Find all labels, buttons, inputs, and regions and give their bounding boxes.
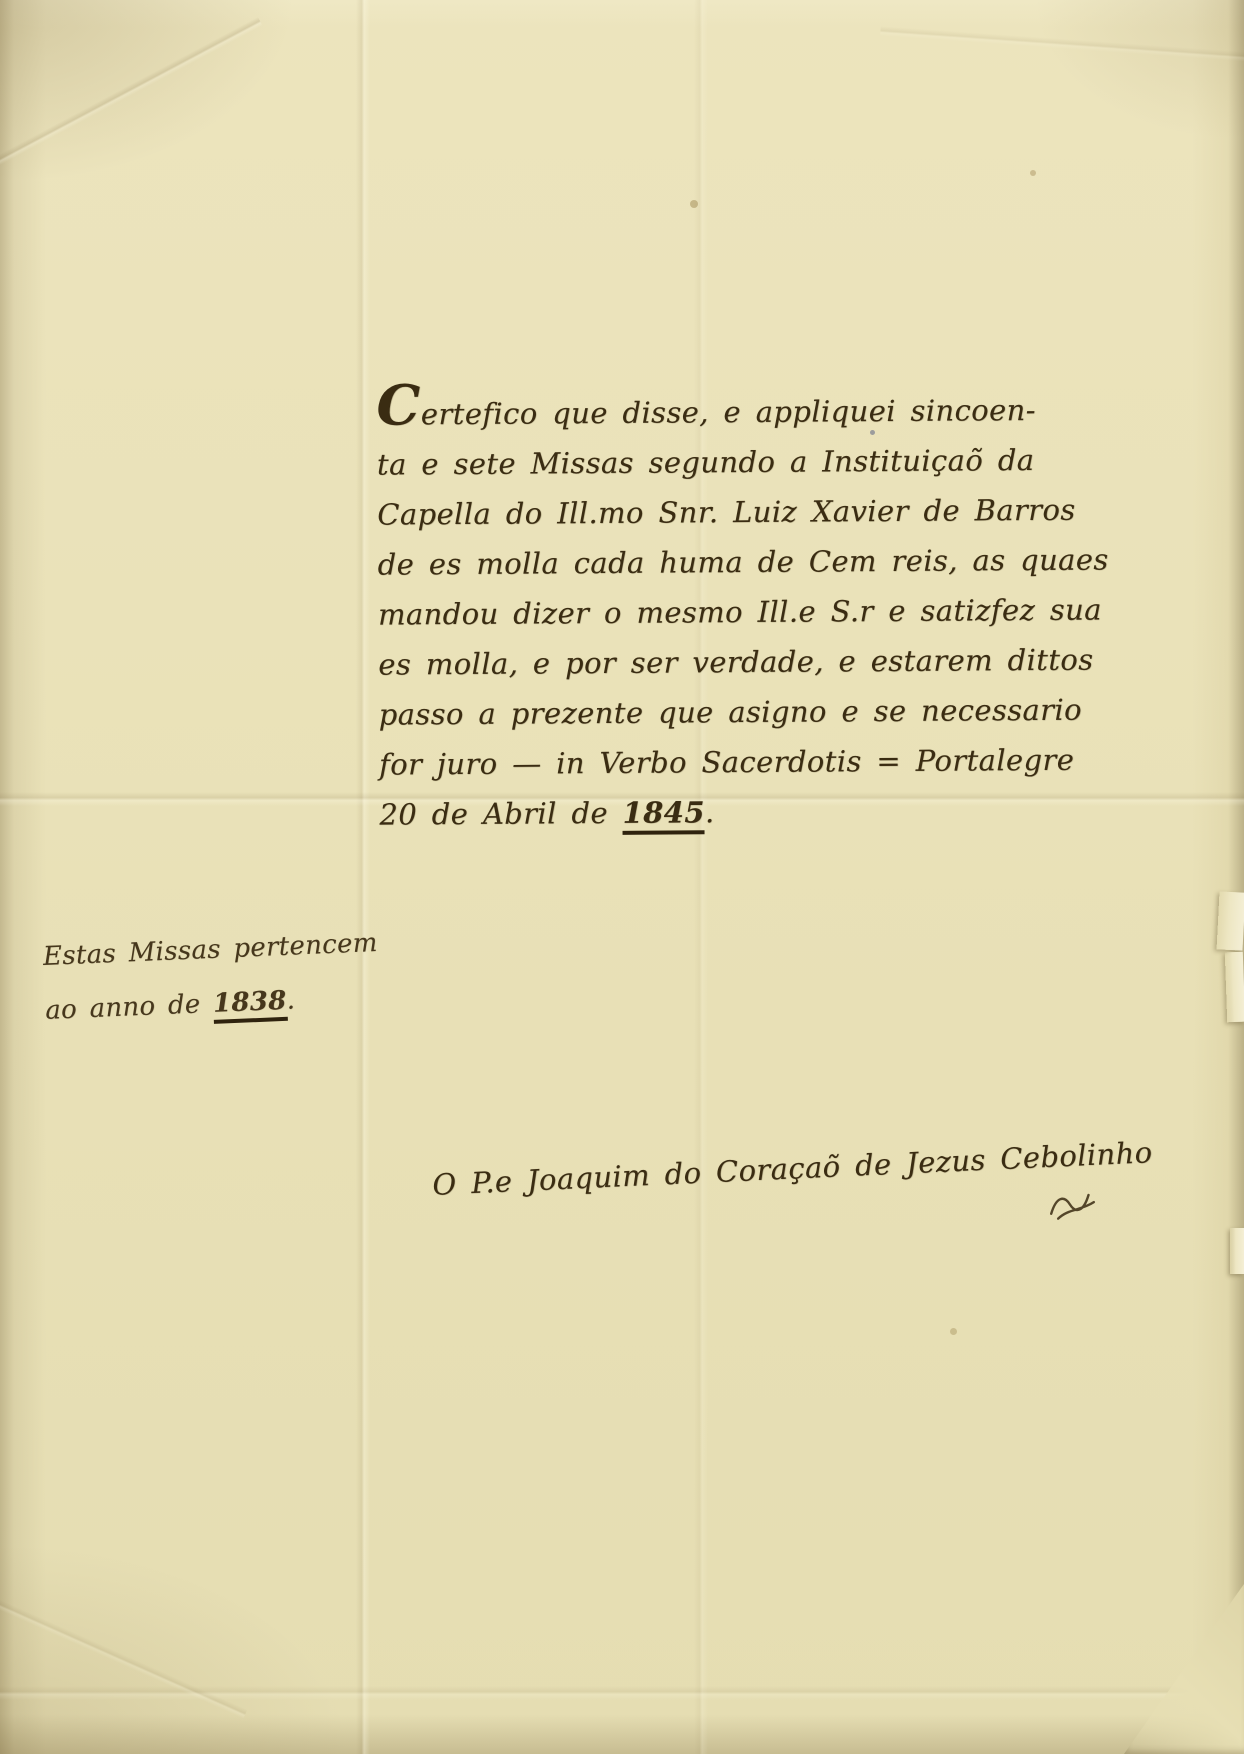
paper-corner-fold	[1124, 1584, 1244, 1754]
paper-tear-right-lower	[1225, 952, 1244, 1023]
date-prefix: 20 de Abril de	[379, 796, 622, 832]
paper-crease-vertical-left	[356, 0, 370, 1754]
paper-tear-right-small	[1230, 1228, 1244, 1274]
paper-tear-right-upper	[1217, 891, 1244, 950]
paper-crease-vertical-center	[694, 0, 708, 1754]
body-line: mandou dizer o mesmo Ill.e S.r e satizfe…	[378, 584, 1118, 639]
paper-crease-top-right	[880, 26, 1244, 64]
margin-note-prefix: ao anno de	[45, 989, 214, 1026]
certificate-body: Certefico que disse, e appliquei sincoen…	[376, 383, 1119, 839]
body-line: de es molla cada huma de Cem reis, as qu…	[377, 534, 1117, 589]
body-line: Certefico que disse, e appliquei sincoen…	[376, 383, 1116, 439]
body-line: passo a prezente que asigno e se necessa…	[379, 684, 1119, 739]
foxing-spot	[690, 200, 698, 208]
signature-flourish-icon	[1043, 1182, 1101, 1228]
body-line: ta e sete Missas segundo a Instituiçaõ d…	[377, 434, 1117, 489]
foxing-spot	[950, 1328, 957, 1335]
manuscript-page: Certefico que disse, e appliquei sincoen…	[0, 0, 1244, 1754]
body-line: for juro — in Verbo Sacerdotis = Portale…	[379, 734, 1119, 789]
date-suffix: .	[705, 795, 715, 829]
paper-crease-top-left	[0, 17, 262, 185]
body-line: es molla, e por ser verdade, e estarem d…	[378, 634, 1118, 689]
margin-note: Estas Missas pertencem ao anno de 1838.	[42, 914, 426, 1038]
signature-line: O P.e Joaquim do Coraçaõ de Jezus Ceboli…	[432, 1136, 1133, 1202]
paper-crease-horizontal-bottom	[0, 1686, 1244, 1700]
foxing-spot	[1030, 170, 1036, 176]
underlined-year-1838: 1838	[212, 986, 287, 1024]
margin-note-suffix: .	[286, 985, 296, 1015]
body-line: Capella do Ill.mo Snr. Luiz Xavier de Ba…	[377, 484, 1117, 539]
date-line: 20 de Abril de 1845.	[379, 784, 1119, 839]
underlined-year-1845: 1845	[622, 795, 705, 835]
paper-crease-bottom-left	[0, 1571, 247, 1718]
